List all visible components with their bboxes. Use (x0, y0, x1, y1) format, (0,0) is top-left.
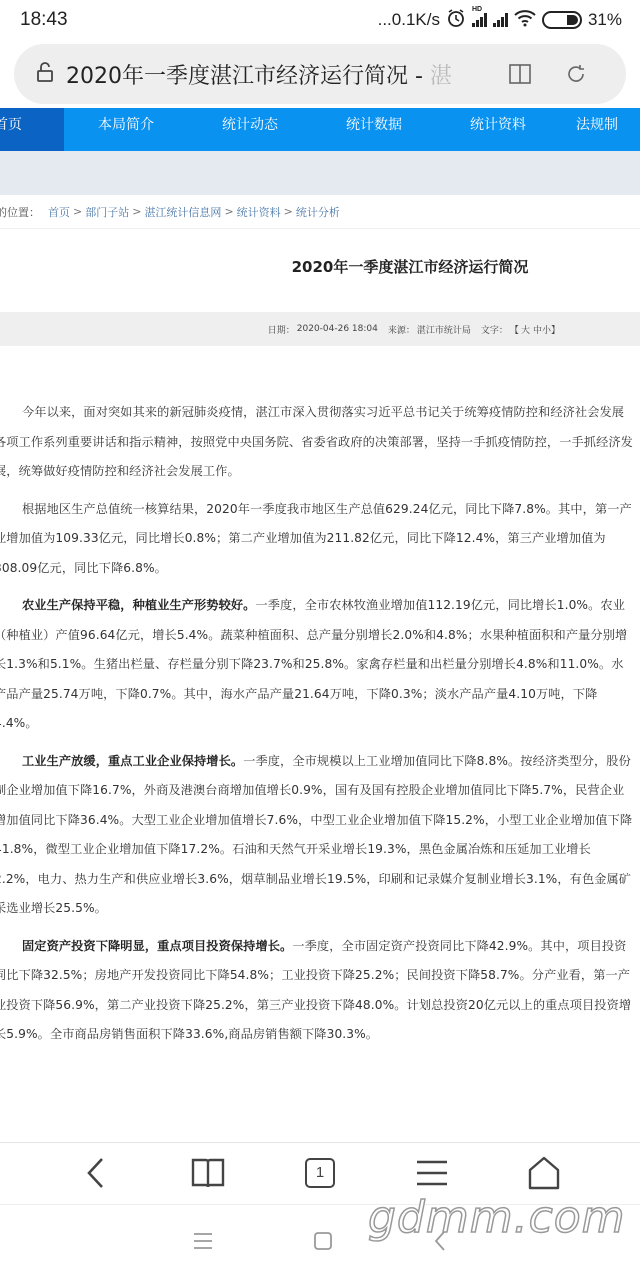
tab-count: 1 (305, 1158, 335, 1188)
url-title-text: 2020年一季度湛江市经济运行简况 - (66, 64, 423, 89)
web-page[interactable]: 首页 本局简介 统计动态 统计数据 统计资料 法规制 的位置： 首页 > 部门子… (0, 108, 640, 1142)
breadcrumb-separator: > (284, 205, 293, 218)
paragraph: 工业生产放缓，重点工业企业保持增长。一季度，全市规模以上工业增加值同比下降8.8… (0, 747, 634, 924)
article-meta: 日期： 2020-04-26 18:04 来源： 湛江市统计局 文字： 【 大 … (0, 312, 640, 346)
breadcrumb-prefix: 的位置： (0, 204, 40, 220)
back-button[interactable] (66, 1148, 126, 1198)
system-nav-bar (0, 1204, 640, 1280)
source-label: 来源： (388, 323, 415, 336)
bracket-close: 】 (551, 323, 560, 336)
date-label: 日期： (268, 323, 295, 336)
breadcrumb-stats-materials[interactable]: 统计资料 (237, 204, 281, 220)
home-button[interactable] (514, 1148, 574, 1198)
font-size-label: 文字： (481, 323, 508, 336)
source-value: 湛江市统计局 (417, 323, 471, 336)
back-icon (84, 1156, 108, 1190)
home-square-button[interactable] (313, 1231, 333, 1255)
nav-item-materials[interactable]: 统计资料 (436, 108, 560, 151)
network-speed: ...0.1K/s (378, 10, 440, 30)
font-size-large[interactable]: 大 (521, 323, 530, 336)
paragraph: 农业生产保持平稳，种植业生产形势较好。一季度，全市农林牧渔业增加值112.19亿… (0, 591, 634, 739)
alarm-icon (446, 8, 466, 33)
paragraph-text: 一季度，全市农林牧渔业增加值112.19亿元，同比增长1.0%。农业（种植业）产… (0, 598, 627, 730)
lock-icon (36, 61, 54, 87)
refresh-button[interactable] (548, 62, 604, 86)
browser-toolbar: 1 (0, 1142, 640, 1202)
breadcrumb-separator: > (224, 205, 233, 218)
address-bar[interactable]: 2020年一季度湛江市经济运行简况 - 湛 (14, 44, 626, 104)
signal-icon (493, 13, 508, 27)
menu-button[interactable] (402, 1148, 462, 1198)
wifi-icon (514, 9, 536, 32)
breadcrumb-separator: > (73, 205, 82, 218)
nav-item-home[interactable]: 首页 (0, 108, 64, 151)
breadcrumb-home[interactable]: 首页 (48, 204, 70, 220)
paragraph-lead: 工业生产放缓，重点工业企业保持增长。 (22, 754, 243, 768)
breadcrumb: 的位置： 首页 > 部门子站 > 湛江统计信息网 > 统计资料 > 统计分析 (0, 195, 640, 229)
paragraph-lead: 农业生产保持平稳，种植业生产形势较好。 (22, 598, 255, 612)
site-nav: 首页 本局简介 统计动态 统计数据 统计资料 法规制 (0, 108, 640, 151)
paragraph-text: 今年以来，面对突如其来的新冠肺炎疫情，湛江市深入贯彻落实习近平总书记关于统筹疫情… (0, 405, 633, 478)
url-title-fade: 湛 (430, 64, 452, 89)
nav-item-data[interactable]: 统计数据 (312, 108, 436, 151)
breadcrumb-separator: > (132, 205, 141, 218)
page-title-in-address-bar[interactable]: 2020年一季度湛江市经济运行简况 - 湛 (66, 59, 492, 90)
refresh-icon (564, 62, 588, 86)
paragraph: 今年以来，面对突如其来的新冠肺炎疫情，湛江市深入贯彻落实习近平总书记关于统筹疫情… (0, 398, 634, 487)
breadcrumb-stats-net[interactable]: 湛江统计信息网 (144, 204, 221, 220)
status-icons: ...0.1K/s HD 31% (378, 8, 622, 33)
paragraph-text: 一季度，全市固定资产投资同比下降42.9%。其中，项目投资同比下降32.5%；房… (0, 939, 631, 1042)
battery-icon (542, 11, 582, 29)
tabs-button[interactable]: 1 (290, 1148, 350, 1198)
menu-icon (416, 1159, 448, 1187)
article-title: 2020年一季度湛江市经济运行简况 (180, 256, 640, 312)
paragraph-lead: 固定资产投资下降明显，重点项目投资保持增长。 (22, 939, 292, 953)
font-size-small[interactable]: 小 (542, 323, 551, 336)
paragraph: 根据地区生产总值统一核算结果，2020年一季度我市地区生产总值629.24亿元，… (0, 495, 634, 584)
bookmarks-button[interactable] (178, 1148, 238, 1198)
banner (0, 151, 640, 195)
battery-percent: 31% (588, 10, 622, 30)
home-icon (528, 1156, 560, 1190)
system-back-button[interactable] (433, 1230, 447, 1256)
article-body: 今年以来，面对突如其来的新冠肺炎疫情，湛江市深入贯彻落实习近平总书记关于统筹疫情… (0, 346, 634, 1050)
nav-item-news[interactable]: 统计动态 (188, 108, 312, 151)
recents-button[interactable] (193, 1232, 213, 1254)
status-time: 18:43 (20, 9, 68, 31)
bracket-open: 【 (510, 323, 519, 336)
recents-icon (193, 1232, 213, 1250)
nav-item-regulations[interactable]: 法规制 (560, 108, 640, 151)
status-bar: 18:43 ...0.1K/s HD 31% (0, 0, 640, 40)
date-value: 2020-04-26 18:04 (297, 324, 378, 334)
breadcrumb-stats-analysis[interactable]: 统计分析 (296, 204, 340, 220)
reader-mode-icon (508, 62, 532, 86)
font-size-medium[interactable]: 中 (533, 323, 542, 336)
signal-hd-icon: HD (472, 13, 487, 27)
bookmarks-icon (191, 1157, 225, 1189)
paragraph: 固定资产投资下降明显，重点项目投资保持增长。一季度，全市固定资产投资同比下降42… (0, 932, 634, 1050)
home-square-icon (313, 1231, 333, 1251)
back-triangle-icon (433, 1230, 447, 1252)
breadcrumb-substation[interactable]: 部门子站 (85, 204, 129, 220)
paragraph-text: 一季度，全市规模以上工业增加值同比下降8.8%。按经济类型分，股份制企业增加值下… (0, 754, 632, 916)
nav-item-about[interactable]: 本局简介 (64, 108, 188, 151)
reader-mode-button[interactable] (492, 62, 548, 86)
paragraph-text: 根据地区生产总值统一核算结果，2020年一季度我市地区生产总值629.24亿元，… (0, 502, 632, 575)
